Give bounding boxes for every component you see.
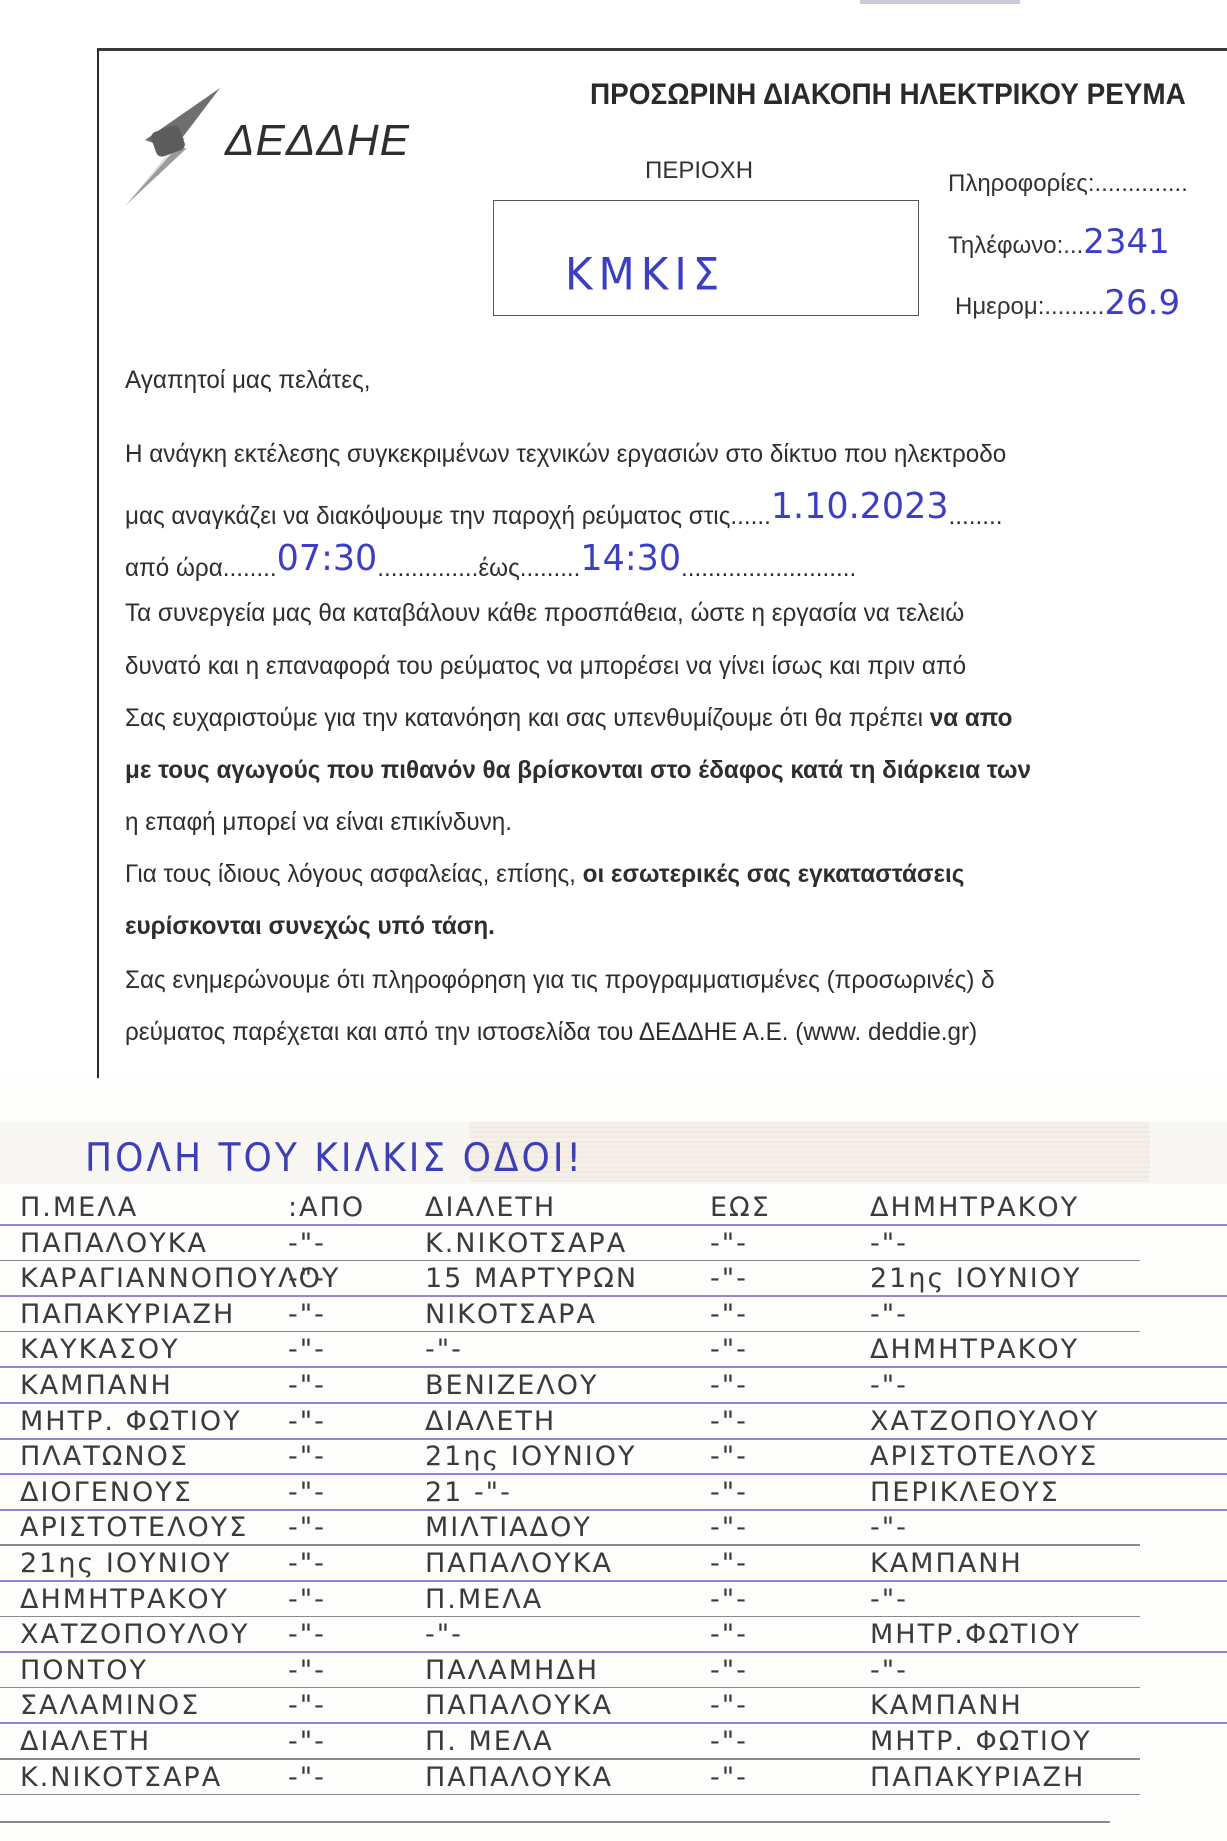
body-line-5: δυνατό και η επαναφορά του ρεύματος να μ… <box>125 652 966 681</box>
body-line-7: με τους αγωγούς που πιθανόν θα βρίσκοντα… <box>125 756 1031 785</box>
from-marker: -"- <box>288 1690 326 1721</box>
from-marker: -"- <box>288 1334 326 1365</box>
from-street: ΠΑΠΑΛΟΥΚΑ <box>425 1548 613 1579</box>
street-row: ΚΑΜΠΑΝΗ-"-ΒΕΝΙΖΕΛΟΥ-"--"- <box>20 1370 1220 1406</box>
to-street: ΑΡΙΣΤΟΤΕΛΟΥΣ <box>870 1441 1098 1472</box>
from-marker: -"- <box>288 1619 326 1650</box>
street-name: ΠΑΠΑΚΥΡΙΑΖΗ <box>20 1299 235 1330</box>
from-marker: :ΑΠΟ <box>288 1192 365 1223</box>
from-marker: -"- <box>288 1477 326 1508</box>
from-marker: -"- <box>288 1228 326 1259</box>
phone-field: Τηλέφωνο:...2341 <box>948 222 1170 262</box>
to-street: ΧΑΤΖΟΠΟΥΛΟΥ <box>870 1406 1099 1437</box>
to-street: ΜΗΤΡ. ΦΩΤΙΟΥ <box>870 1726 1092 1757</box>
from-marker: -"- <box>288 1512 326 1543</box>
to-marker: -"- <box>710 1726 748 1757</box>
street-name: ΧΑΤΖΟΠΟΥΛΟΥ <box>20 1619 249 1650</box>
to-marker: -"- <box>710 1477 748 1508</box>
to-street: 21ης ΙΟΥΝΙΟΥ <box>870 1263 1082 1294</box>
from-street: Π.ΜΕΛΑ <box>425 1584 543 1615</box>
to-street: ΚΑΜΠΑΝΗ <box>870 1690 1023 1721</box>
to-marker: -"- <box>710 1655 748 1686</box>
street-row: ΜΗΤΡ. ΦΩΤΙΟΥ-"-ΔΙΑΛΕΤΗ-"-ΧΑΤΖΟΠΟΥΛΟΥ <box>20 1406 1220 1442</box>
street-row: Π.ΜΕΛΑ:ΑΠΟΔΙΑΛΕΤΗΕΩΣΔΗΜΗΤΡΑΚΟΥ <box>20 1192 1220 1228</box>
street-name: 21ης ΙΟΥΝΙΟΥ <box>20 1548 232 1579</box>
from-marker: -"- <box>288 1299 326 1330</box>
street-name: ΠΛΑΤΩΝΟΣ <box>20 1441 189 1472</box>
from-marker: -"- <box>288 1726 326 1757</box>
to-marker: -"- <box>710 1441 748 1472</box>
ruled-line <box>0 1758 1140 1760</box>
from-marker: -"- <box>288 1263 326 1294</box>
to-marker: -"- <box>710 1584 748 1615</box>
body-line-11: Σας ενημερώνουμε ότι πληροφόρηση για τις… <box>125 966 995 995</box>
street-row: ΑΡΙΣΤΟΤΕΛΟΥΣ-"-ΜΙΛΤΙΑΔΟΥ-"--"- <box>20 1512 1220 1548</box>
street-name: ΔΗΜΗΤΡΑΚΟΥ <box>20 1584 229 1615</box>
to-marker: -"- <box>710 1263 748 1294</box>
street-name: ΔΙΟΓΕΝΟΥΣ <box>20 1477 193 1508</box>
company-name: ΔΕΔΔΗΕ <box>225 116 410 166</box>
street-row: ΔΗΜΗΤΡΑΚΟΥ-"-Π.ΜΕΛΑ-"--"- <box>20 1584 1220 1620</box>
to-street: ΔΗΜΗΤΡΑΚΟΥ <box>870 1192 1079 1223</box>
ruled-line <box>0 1722 1227 1724</box>
ruled-line <box>0 1794 1140 1796</box>
to-street: ΔΗΜΗΤΡΑΚΟΥ <box>870 1334 1079 1365</box>
from-marker: -"- <box>288 1441 326 1472</box>
info-dots: .............. <box>1095 170 1188 197</box>
ruled-line <box>0 1687 1140 1689</box>
from-street: -"- <box>425 1619 463 1650</box>
handwritten-heading: ΠΟΛΗ ΤΟΥ ΚΙΛΚΙΣ ΟΔΟΙ! <box>85 1136 584 1181</box>
deddie-logo: ΔΕΔΔΗΕ <box>125 88 425 206</box>
to-street: ΠΑΠΑΚΥΡΙΑΖΗ <box>870 1762 1085 1793</box>
street-name: ΑΡΙΣΤΟΤΕΛΟΥΣ <box>20 1512 248 1543</box>
body-line-10: ευρίσκονται συνεχώς υπό τάση. <box>125 912 495 941</box>
street-row: Κ.ΝΙΚΟΤΣΑΡΑ-"-ΠΑΠΑΛΟΥΚΑ-"-ΠΑΠΑΚΥΡΙΑΖΗ <box>20 1762 1220 1798</box>
ruled-line <box>0 1580 1227 1582</box>
ruled-line <box>0 1438 1227 1440</box>
date-field: Ημερομ:.........26.9 <box>955 283 1180 323</box>
info-label: Πληροφορίες: <box>948 170 1095 197</box>
body-line-1: Η ανάγκη εκτέλεσης συγκεκριμένων τεχνικώ… <box>125 440 1006 469</box>
from-street: ΠΑΛΑΜΗΔΗ <box>425 1655 599 1686</box>
street-name: ΚΑΜΠΑΝΗ <box>20 1370 173 1401</box>
notice-title: ΠΡΟΣΩΡΙΝΗ ΔΙΑΚΟΠΗ ΗΛΕΚΤΡΙΚΟΥ ΡΕΥΜΑ <box>590 78 1186 112</box>
from-marker: -"- <box>288 1655 326 1686</box>
from-street: ΝΙΚΟΤΣΑΡΑ <box>425 1299 597 1330</box>
from-street: ΠΑΠΑΛΟΥΚΑ <box>425 1762 613 1793</box>
street-name: Π.ΜΕΛΑ <box>20 1192 138 1223</box>
street-name: ΠΟΝΤΟΥ <box>20 1655 148 1686</box>
to-street: -"- <box>870 1655 908 1686</box>
date-dots: ......... <box>1044 293 1104 320</box>
to-marker: ΕΩΣ <box>710 1192 771 1223</box>
ruled-line <box>0 1366 1227 1368</box>
from-street: 15 ΜΑΡΤΥΡΩΝ <box>425 1263 638 1294</box>
street-name: ΣΑΛΑΜΙΝΟΣ <box>20 1690 200 1721</box>
area-value: ΚΜΚΙΣ <box>565 249 725 300</box>
from-street: ΜΙΛΤΙΑΔΟΥ <box>425 1512 592 1543</box>
ruled-line <box>0 1224 1227 1226</box>
to-street: -"- <box>870 1512 908 1543</box>
outage-start-time: 07:30 <box>277 538 378 579</box>
phone-dots: ... <box>1063 232 1083 259</box>
street-row: 21ης ΙΟΥΝΙΟΥ-"-ΠΑΠΑΛΟΥΚΑ-"-ΚΑΜΠΑΝΗ <box>20 1548 1220 1584</box>
to-marker: -"- <box>710 1299 748 1330</box>
from-marker: -"- <box>288 1406 326 1437</box>
body-line-4: Τα συνεργεία μας θα καταβάλουν κάθε προσ… <box>125 599 964 628</box>
from-street: ΔΙΑΛΕΤΗ <box>425 1192 556 1223</box>
ruled-line <box>0 1295 1227 1297</box>
street-row: ΚΑΥΚΑΣΟΥ-"--"--"-ΔΗΜΗΤΡΑΚΟΥ <box>20 1334 1220 1370</box>
street-row: ΠΟΝΤΟΥ-"-ΠΑΛΑΜΗΔΗ-"--"- <box>20 1655 1220 1691</box>
area-label: ΠΕΡΙΟΧΗ <box>645 157 753 185</box>
street-name: ΚΑΥΚΑΣΟΥ <box>20 1334 180 1365</box>
street-row: ΔΙΟΓΕΝΟΥΣ-"-21 -"--"-ΠΕΡΙΚΛΕΟΥΣ <box>20 1477 1220 1513</box>
from-street: ΠΑΠΑΛΟΥΚΑ <box>425 1690 613 1721</box>
ruled-line <box>0 1821 1110 1823</box>
street-row: ΠΑΠΑΛΟΥΚΑ-"-Κ.ΝΙΚΟΤΣΑΡΑ-"--"- <box>20 1228 1220 1264</box>
to-marker: -"- <box>710 1690 748 1721</box>
to-street: -"- <box>870 1299 908 1330</box>
phone-label: Τηλέφωνο: <box>948 232 1063 259</box>
to-street: ΠΕΡΙΚΛΕΟΥΣ <box>870 1477 1060 1508</box>
street-row: ΚΑΡΑΓΙΑΝΝΟΠΟΥΛΟΥ-"-15 ΜΑΡΤΥΡΩΝ-"-21ης ΙΟ… <box>20 1263 1220 1299</box>
to-marker: -"- <box>710 1228 748 1259</box>
to-street: -"- <box>870 1228 908 1259</box>
street-row: ΣΑΛΑΜΙΝΟΣ-"-ΠΑΠΑΛΟΥΚΑ-"-ΚΑΜΠΑΝΗ <box>20 1690 1220 1726</box>
street-row: ΧΑΤΖΟΠΟΥΛΟΥ-"--"--"-ΜΗΤΡ.ΦΩΤΙΟΥ <box>20 1619 1220 1655</box>
from-marker: -"- <box>288 1370 326 1401</box>
to-marker: -"- <box>710 1762 748 1793</box>
body-line-6: Σας ευχαριστούμε για την κατανόηση και σ… <box>125 704 1012 733</box>
greeting: Αγαπητοί μας πελάτες, <box>125 366 371 395</box>
ruled-line <box>0 1331 1140 1333</box>
phone-value: 2341 <box>1083 222 1170 262</box>
ruled-line <box>0 1473 1227 1475</box>
scan-artifact <box>860 0 1020 4</box>
from-marker: -"- <box>288 1762 326 1793</box>
to-street: ΜΗΤΡ.ΦΩΤΙΟΥ <box>870 1619 1081 1650</box>
ruled-line <box>0 1544 1140 1546</box>
body-line-9: Για τους ίδιους λόγους ασφαλείας, επίσης… <box>125 860 964 889</box>
street-name: ΔΙΑΛΕΤΗ <box>20 1726 151 1757</box>
ruled-line <box>0 1651 1227 1653</box>
to-street: -"- <box>870 1584 908 1615</box>
body-line-2: μας αναγκάζει να διακόψουμε την παροχή ρ… <box>125 492 1002 533</box>
street-name: Κ.ΝΙΚΟΤΣΑΡΑ <box>20 1762 222 1793</box>
from-street: 21 -"- <box>425 1477 512 1508</box>
street-row: ΠΛΑΤΩΝΟΣ-"-21ης ΙΟΥΝΙΟΥ-"-ΑΡΙΣΤΟΤΕΛΟΥΣ <box>20 1441 1220 1477</box>
to-marker: -"- <box>710 1370 748 1401</box>
to-street: -"- <box>870 1370 908 1401</box>
street-name: ΠΑΠΑΛΟΥΚΑ <box>20 1228 208 1259</box>
outage-end-time: 14:30 <box>580 538 681 579</box>
to-marker: -"- <box>710 1334 748 1365</box>
from-marker: -"- <box>288 1548 326 1579</box>
body-line-8: η επαφή μπορεί να είναι επικίνδυνη. <box>125 808 512 837</box>
outage-date: 1.10.2023 <box>771 486 949 527</box>
ruled-line <box>0 1402 1227 1404</box>
from-street: ΔΙΑΛΕΤΗ <box>425 1406 556 1437</box>
ruled-line <box>0 1260 1140 1262</box>
body-line-3: από ώρα........07:30...............έως..… <box>125 544 856 585</box>
to-marker: -"- <box>710 1548 748 1579</box>
lightning-bolt-icon <box>125 88 235 206</box>
from-street: -"- <box>425 1334 463 1365</box>
to-marker: -"- <box>710 1406 748 1437</box>
date-value: 26.9 <box>1104 283 1180 323</box>
from-street: Π. ΜΕΛΑ <box>425 1726 554 1757</box>
date-label: Ημερομ: <box>955 293 1044 320</box>
to-marker: -"- <box>710 1619 748 1650</box>
to-street: ΚΑΜΠΑΝΗ <box>870 1548 1023 1579</box>
from-street: Κ.ΝΙΚΟΤΣΑΡΑ <box>425 1228 627 1259</box>
ruled-line <box>0 1509 1227 1511</box>
street-row: ΠΑΠΑΚΥΡΙΑΖΗ-"-ΝΙΚΟΤΣΑΡΑ-"--"- <box>20 1299 1220 1335</box>
from-street: 21ης ΙΟΥΝΙΟΥ <box>425 1441 637 1472</box>
to-marker: -"- <box>710 1512 748 1543</box>
from-marker: -"- <box>288 1584 326 1615</box>
from-street: ΒΕΝΙΖΕΛΟΥ <box>425 1370 599 1401</box>
street-row: ΔΙΑΛΕΤΗ-"-Π. ΜΕΛΑ-"-ΜΗΤΡ. ΦΩΤΙΟΥ <box>20 1726 1220 1762</box>
street-name: ΜΗΤΡ. ΦΩΤΙΟΥ <box>20 1406 242 1437</box>
ruled-line <box>0 1616 1140 1618</box>
body-line-12: ρεύματος παρέχεται και από την ιστοσελίδ… <box>125 1018 977 1047</box>
info-field: Πληροφορίες:.............. <box>948 170 1188 198</box>
